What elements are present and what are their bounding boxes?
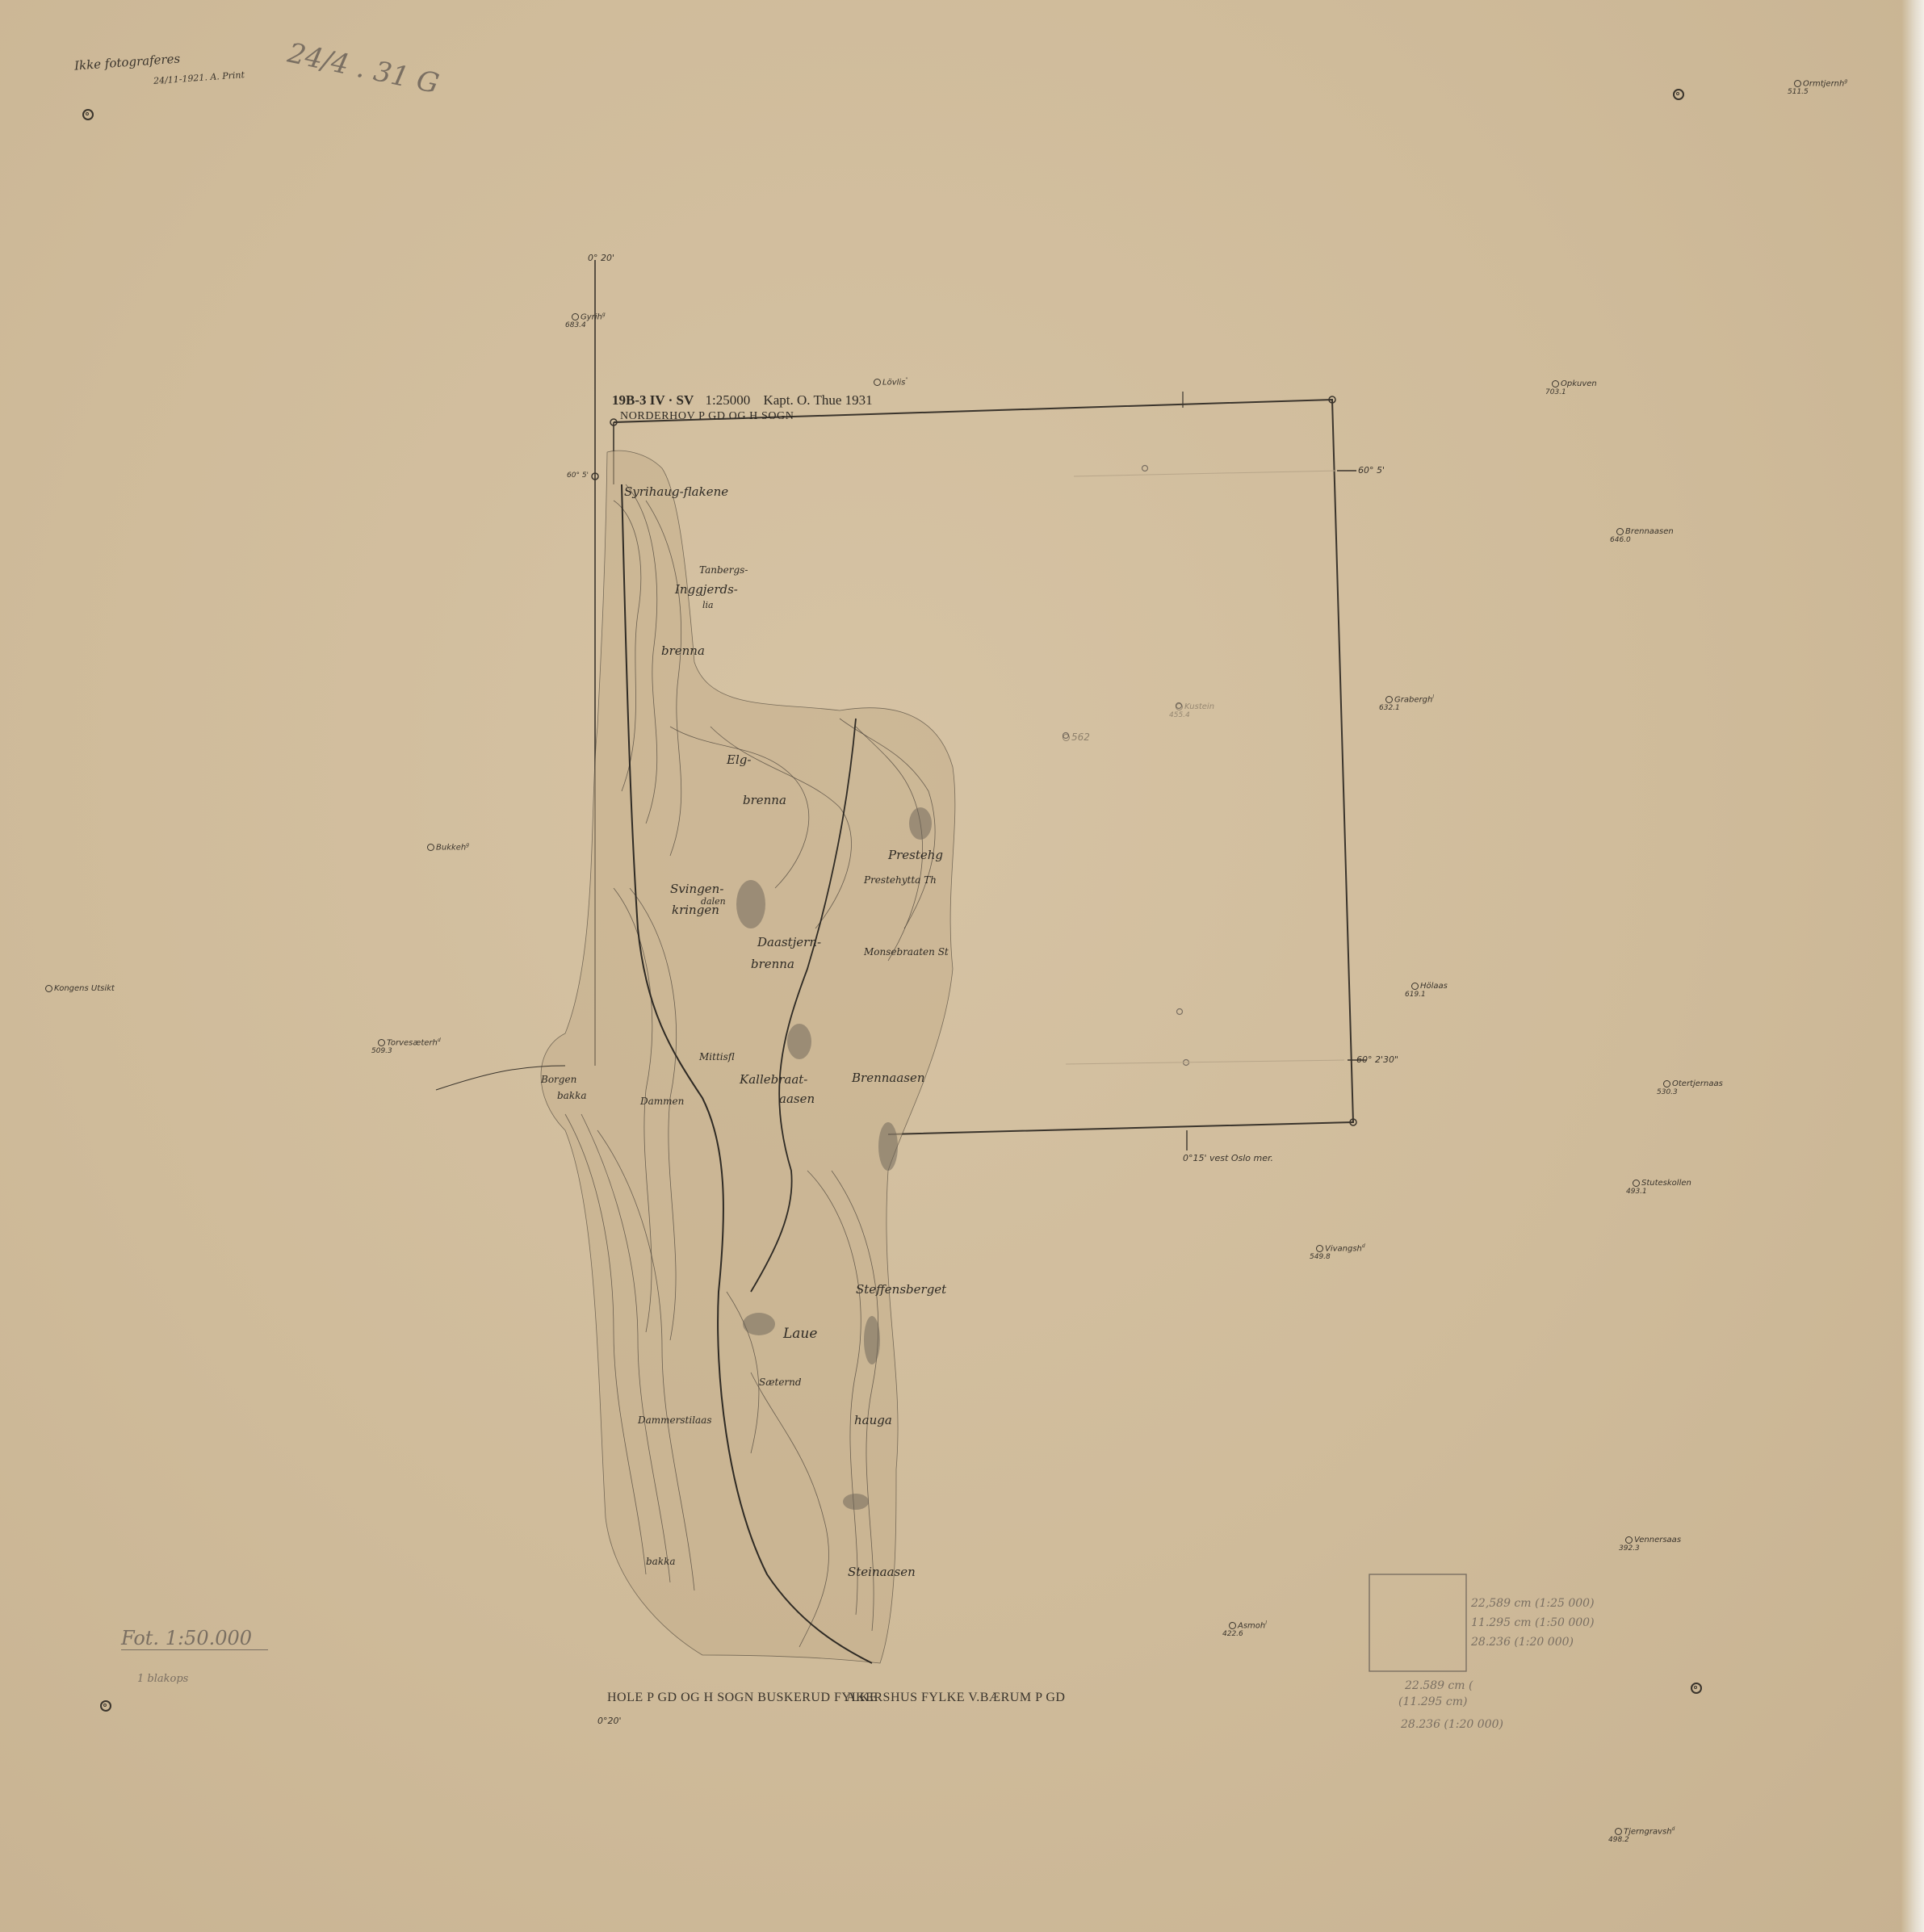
sheet-id: 19B-3 IV · SV: [612, 392, 694, 408]
trig-point: Opkuven703.1: [1552, 379, 1597, 396]
district-top: NORDERHOV P GD OG H SOGN: [620, 410, 794, 423]
trig-marker-icon: [572, 313, 579, 321]
trig-marker-icon: [1794, 80, 1801, 87]
place-name: Monsebraaten St: [864, 946, 949, 958]
sheet-header: 19B-3 IV · SV 1:25000 Kapt. O. Thue 1931: [612, 392, 873, 409]
trig-point-faint: 562: [1063, 731, 1090, 743]
latitude-top-right: 60° 5': [1358, 465, 1385, 476]
place-name: Kallebraat-: [740, 1072, 807, 1087]
trig-marker-icon: [1616, 528, 1624, 535]
trig-point: Brennaasen646.0: [1616, 527, 1674, 544]
trig-point-faint: Kustein455.4: [1176, 702, 1214, 719]
latitude-mid-right: 60° 2'30": [1356, 1054, 1398, 1065]
scale-note-3: 28.236 (1:20 000): [1471, 1636, 1574, 1649]
place-name: Prestehg: [888, 848, 943, 862]
trig-marker-icon: [1229, 1622, 1236, 1629]
trig-point: Stuteskollen493.1: [1633, 1179, 1691, 1196]
trig-marker-icon: [1663, 1080, 1670, 1088]
trig-marker-icon: [427, 844, 434, 851]
sheet-scale: 1:25000: [706, 392, 751, 408]
latitude-top-left: 60° 5': [567, 471, 589, 480]
place-name: brenna: [661, 643, 705, 658]
trig-marker-icon: [1176, 703, 1183, 710]
place-name: Tanbergs-: [699, 564, 748, 576]
mounting-hole-icon: [82, 109, 94, 120]
place-name: Syrihaug-flakene: [624, 484, 728, 499]
place-name: Prestehytta Th: [864, 874, 937, 886]
trig-point: Ormtjernhg511.5: [1794, 78, 1847, 96]
place-name: Borgen: [541, 1074, 576, 1085]
trig-point: Asmohl422.6: [1229, 1620, 1267, 1638]
place-name: brenna: [751, 957, 794, 971]
place-name: Mittisfl: [699, 1051, 735, 1062]
trig-marker-icon: [1411, 983, 1419, 990]
place-name: Dammen: [640, 1096, 684, 1107]
trig-point: Vennersaas392.3: [1625, 1536, 1681, 1553]
trig-point: Hölaas619.1: [1411, 982, 1448, 999]
mounting-hole-icon: [1673, 89, 1684, 100]
trig-point: Lövlis": [874, 377, 908, 387]
place-name: Steinaasen: [848, 1565, 916, 1579]
place-name: lia: [702, 600, 714, 610]
place-name: Elg-: [727, 752, 751, 767]
meridian-top: 0° 20': [588, 253, 614, 263]
place-name: Dammerstilaas: [638, 1414, 712, 1426]
place-name: Svingen-: [670, 882, 723, 896]
trig-marker-icon: [1316, 1245, 1323, 1252]
trig-point: Tjerngravshd498.2: [1615, 1826, 1675, 1844]
place-name: Daastjern-: [757, 935, 821, 949]
scale-note-1: 22,589 cm (1:25 000): [1471, 1597, 1595, 1610]
mounting-hole-icon: [100, 1700, 111, 1712]
scale-note-bottom-1: 22.589 cm (: [1405, 1679, 1473, 1692]
place-name: bakka: [646, 1556, 676, 1567]
place-name: hauga: [854, 1413, 892, 1427]
trig-point: Graberghl632.1: [1385, 694, 1434, 712]
place-name: dalen: [701, 896, 726, 907]
trig-point: Kongens Utsikt: [45, 984, 115, 993]
trig-point: Vivangshd549.8: [1316, 1243, 1365, 1261]
place-name: Sæternd: [759, 1377, 802, 1388]
trig-marker-icon: [45, 985, 52, 992]
scale-note-bottom-2: (11.295 cm): [1398, 1695, 1467, 1708]
place-name: aasen: [779, 1092, 815, 1106]
sheet-surveyor: Kapt. O. Thue 1931: [763, 392, 872, 408]
trig-point: Otertjernaas530.3: [1663, 1079, 1723, 1096]
scale-note-bottom-3: 28.236 (1:20 000): [1401, 1718, 1503, 1731]
place-name: Inggjerds-: [675, 582, 738, 597]
map-linework: [0, 0, 1924, 1932]
trig-point: Bukkehg: [427, 842, 469, 852]
place-name: Steffensberget: [856, 1282, 946, 1297]
meridian-east-label: 0°15' vest Oslo mer.: [1183, 1153, 1273, 1163]
trig-marker-icon: [378, 1039, 385, 1046]
place-name: brenna: [743, 793, 786, 807]
place-name: Laue: [783, 1326, 817, 1342]
meridian-bottom: 0°20': [597, 1716, 622, 1726]
trig-marker-icon: [874, 379, 881, 386]
place-name: bakka: [557, 1090, 587, 1101]
trig-marker-icon: [1615, 1828, 1622, 1835]
mounting-hole-icon: [1691, 1683, 1702, 1694]
trig-point: Torvesæterhd509.3: [378, 1037, 441, 1055]
trig-marker-icon: [1633, 1180, 1640, 1187]
footer-right-district: AKERSHUS FYLKE V.BÆRUM P GD: [846, 1691, 1065, 1705]
trig-marker-icon: [1385, 696, 1393, 703]
footer-left-district: HOLE P GD OG H SOGN BUSKERUD FYLKE: [607, 1691, 878, 1705]
trig-marker-icon: [1063, 734, 1070, 741]
pencil-sub-note: 1 blakops: [137, 1673, 188, 1685]
trig-point: Gyrihg683.4: [572, 312, 606, 329]
trig-marker-icon: [1625, 1536, 1633, 1544]
place-name: Brennaasen: [852, 1071, 925, 1085]
pencil-scale-note: Fot. 1:50.000: [121, 1627, 268, 1650]
scale-note-2: 11.295 cm (1:50 000): [1471, 1616, 1595, 1629]
trig-marker-icon: [1552, 380, 1559, 388]
